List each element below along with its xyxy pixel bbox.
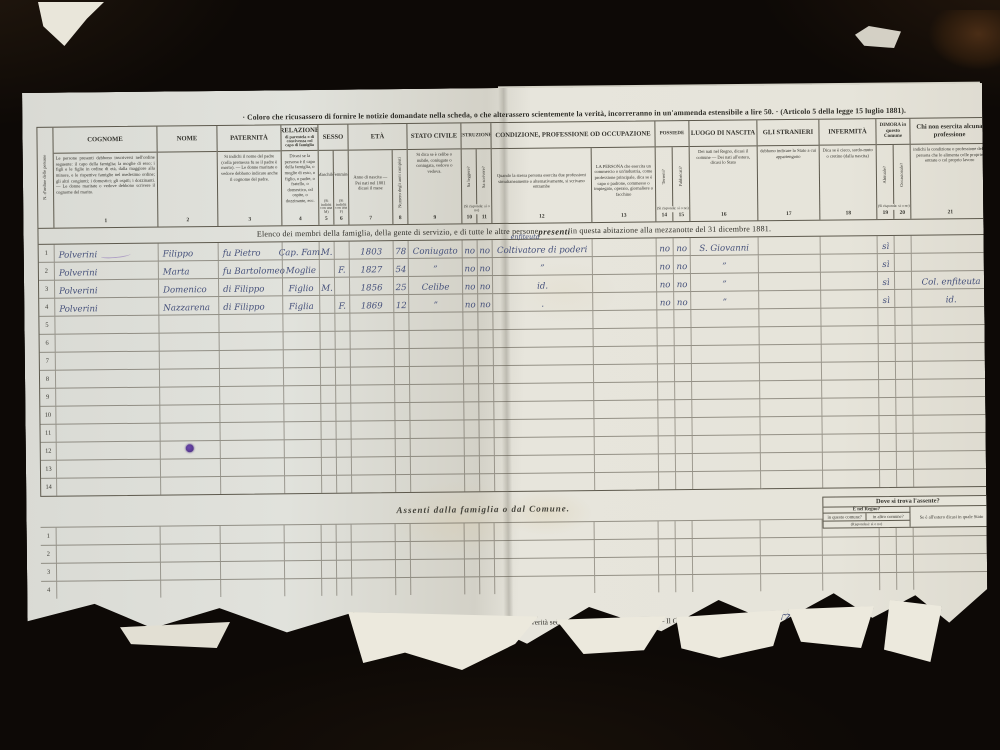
cell-occ [897, 573, 914, 590]
cell-f [337, 440, 352, 457]
cell-scr [479, 330, 494, 347]
cell-anni [396, 439, 411, 456]
cell-paternita [220, 422, 284, 440]
cell-prof2 [595, 454, 659, 472]
cell-nome [161, 544, 221, 562]
cell-inf [822, 398, 879, 416]
cell-fab [674, 310, 691, 327]
cell-relazione [285, 476, 322, 493]
cell-luogo: ” [691, 291, 759, 309]
cell-nome [160, 333, 220, 351]
cell-prof2 [595, 575, 659, 593]
cell-luogo [692, 381, 760, 399]
cell-anno [352, 542, 396, 559]
cell-stato [410, 384, 464, 402]
cell-cognome: Polverini [55, 244, 159, 262]
cell-luogo [692, 345, 760, 363]
cell-relazione [285, 458, 322, 475]
cell-prof2 [595, 557, 659, 575]
cell-ter [657, 310, 674, 327]
cell-fab [676, 557, 693, 574]
cell-relazione [284, 368, 321, 385]
cell-stato [411, 438, 465, 456]
cell-prof2 [593, 274, 657, 292]
cell-anni [395, 385, 410, 402]
cell-inf [821, 308, 878, 326]
row-number: 1 [41, 528, 57, 545]
cell-ter: no [657, 256, 674, 273]
cell-leg: no [463, 276, 478, 293]
cell-occ [896, 344, 913, 361]
cell-leg [464, 420, 479, 437]
cell-luogo [693, 556, 761, 574]
cell-m [322, 579, 337, 596]
cell-paternita [221, 458, 285, 476]
cell-f [336, 422, 351, 439]
cell-anno [352, 560, 396, 577]
cell-ter: no [657, 292, 674, 309]
cell-cognome [56, 370, 160, 388]
cell-inf [823, 434, 880, 452]
cell-m [320, 260, 335, 277]
row-number: 6 [40, 335, 56, 352]
cell-ter: no [657, 274, 674, 291]
cell-relazione: Figlio [283, 278, 320, 295]
cell-stran [759, 255, 821, 273]
cell-relazione [284, 332, 321, 349]
cell-stran [761, 453, 823, 471]
cell-scr [479, 384, 494, 401]
cell-f [336, 368, 351, 385]
cell-chinon [912, 235, 990, 253]
cell-anno [352, 439, 396, 456]
cell-stran [760, 327, 822, 345]
cell-prof [494, 383, 594, 401]
cell-relazione [285, 440, 322, 457]
cell-inf [822, 416, 879, 434]
cell-scr [480, 559, 495, 576]
cell-occ [895, 236, 912, 253]
cell-nome [160, 387, 220, 405]
cell-fab [675, 328, 692, 345]
cell-prof [495, 455, 595, 473]
cell-m: M. [320, 242, 335, 259]
cell-anno: 1869 [350, 295, 394, 312]
cell-leg [465, 523, 480, 540]
cell-leg [464, 402, 479, 419]
cell-prof: id. [493, 275, 593, 293]
cell-stato: Coniugato [409, 240, 463, 258]
assenti-table: 1234 [41, 517, 993, 599]
cell-cognome [56, 406, 160, 424]
cell-prof2 [594, 364, 658, 382]
ink-blot [186, 444, 194, 452]
cell-m [322, 561, 337, 578]
cell-scr [478, 312, 493, 329]
cell-paternita [220, 368, 284, 386]
cell-m [321, 368, 336, 385]
cell-luogo [691, 309, 759, 327]
cell-luogo [692, 327, 760, 345]
cell-occ [895, 254, 912, 271]
cell-prof2 [594, 418, 658, 436]
cell-relazione: Moglie [283, 260, 320, 277]
cell-chinon: id. [912, 289, 990, 307]
cell-abit [878, 308, 895, 325]
cell-stran [761, 471, 823, 489]
cell-anni [394, 313, 409, 330]
col-stranieri-header: GLI STRANIERI debbono indicare lo Stato … [757, 120, 820, 221]
cell-prof2 [594, 382, 658, 400]
cell-luogo [693, 435, 761, 453]
cell-chinon [913, 325, 991, 343]
cell-anni [395, 403, 410, 420]
cell-cognome [57, 581, 161, 599]
cell-ter [659, 557, 676, 574]
cell-anni [396, 560, 411, 577]
cell-inf [821, 290, 878, 308]
cell-m [320, 296, 335, 313]
cell-f [337, 476, 352, 493]
cell-fab: no [674, 274, 691, 291]
cell-stato [410, 420, 464, 438]
cell-stran [761, 556, 823, 574]
col-istruzione-header: ISTRUZIONE Sa leggere? Sa scrivere? (Si … [461, 123, 492, 223]
cell-prof2 [595, 436, 659, 454]
cell-f [335, 314, 350, 331]
cell-ter [659, 454, 676, 471]
cell-occ [896, 380, 913, 397]
cell-anno [352, 578, 396, 595]
census-sheet-page: · Coloro che ricusassero di fornire le n… [22, 83, 988, 649]
cell-f [336, 404, 351, 421]
cell-nome [161, 562, 221, 580]
cell-stran [761, 520, 823, 538]
cell-relazione [284, 404, 321, 421]
cell-stran [759, 237, 821, 255]
cell-paternita: fu Bartolomeo [219, 260, 283, 278]
cell-nome [160, 351, 220, 369]
cell-luogo [692, 417, 760, 435]
col-luogo-nascita-header: LUOGO DI NASCITA Dei nati nel Regno, dic… [689, 120, 758, 221]
cell-occ [897, 434, 914, 451]
cell-stran [759, 309, 821, 327]
cell-anno [351, 421, 395, 438]
cell-anni: 78 [394, 241, 409, 258]
cell-prof2 [594, 346, 658, 364]
cell-prof2 [594, 400, 658, 418]
cell-stran [760, 381, 822, 399]
cell-abit: sì [878, 236, 895, 253]
cell-inf [821, 272, 878, 290]
cell-cognome [57, 545, 161, 563]
cell-relazione [285, 561, 322, 578]
cell-chinon [912, 253, 990, 271]
row-number: 13 [41, 461, 57, 478]
cell-occ [895, 290, 912, 307]
cell-f [335, 278, 350, 295]
superscript-note: enfiteuta [511, 234, 540, 241]
cell-luogo [693, 574, 761, 592]
cell-paternita [220, 386, 284, 404]
cell-nome [161, 459, 221, 477]
cell-paternita: fu Pietro [219, 242, 283, 260]
cell-stran [760, 399, 822, 417]
cell-cognome [57, 527, 161, 545]
col-eta-header: ETÀ Anno di nascita — Pei nati nel 1881 … [348, 124, 408, 225]
cell-leg: no [463, 258, 478, 275]
cell-anni: 25 [394, 277, 409, 294]
cell-inf [823, 555, 880, 573]
cell-leg [465, 577, 480, 594]
cell-m [321, 386, 336, 403]
cell-paternita: di Filippo [219, 278, 283, 296]
cell-anni [395, 349, 410, 366]
cell-nome [160, 423, 220, 441]
cell-m [320, 314, 335, 331]
row-number: 11 [41, 425, 57, 442]
table-header: N. d'ordine delle persone COGNOME Le per… [37, 118, 989, 229]
cell-leg [464, 366, 479, 383]
cell-leg [465, 456, 480, 473]
cell-ter [658, 346, 675, 363]
cell-ter [659, 521, 676, 538]
cell-stato [410, 366, 464, 384]
cell-leg [463, 312, 478, 329]
cell-stran [760, 345, 822, 363]
cell-f: F. [335, 260, 350, 277]
cell-anni [396, 475, 411, 492]
cell-f [336, 350, 351, 367]
cell-inf [822, 380, 879, 398]
cell-anno [351, 349, 395, 366]
cell-occ [897, 452, 914, 469]
cell-chinon: Col. enfiteuta [912, 271, 990, 289]
cell-scr: no [478, 276, 493, 293]
cell-chinon [914, 572, 992, 590]
cell-prof: enfiteutaColtivatore di poderi [493, 239, 593, 257]
cell-stran [761, 435, 823, 453]
cell-anno: 1827 [350, 259, 394, 276]
assenti-table-rows: 1234 [41, 518, 993, 599]
cell-f: F. [335, 296, 350, 313]
row-number: 1 [39, 245, 55, 262]
cell-luogo: S. Giovanni [691, 237, 759, 255]
col-paternita-header: PATERNITÀ Si indichi il nome del padre (… [217, 125, 282, 226]
cell-anni [396, 542, 411, 559]
cell-relazione: Cap. Fam. [283, 242, 320, 259]
cell-stran [759, 291, 821, 309]
cell-relazione [284, 422, 321, 439]
cell-abit [880, 452, 897, 469]
cell-prof2 [595, 539, 659, 557]
cell-prof [495, 522, 595, 540]
cell-cognome [57, 424, 161, 442]
cell-cognome [56, 352, 160, 370]
cell-stato [411, 559, 465, 577]
cell-prof [493, 311, 593, 329]
cell-leg [465, 474, 480, 491]
cell-anno: 1856 [350, 277, 394, 294]
cell-cognome [57, 460, 161, 478]
cell-stran [760, 363, 822, 381]
cell-scr [479, 366, 494, 383]
cell-stran [760, 417, 822, 435]
cell-abit: sì [878, 254, 895, 271]
cell-anno [350, 313, 394, 330]
cell-anni [396, 524, 411, 541]
row-number: 4 [41, 582, 57, 599]
cell-paternita [221, 476, 285, 494]
cell-occ [897, 537, 914, 554]
cell-stato [411, 456, 465, 474]
cell-prof [494, 365, 594, 383]
col-sesso-header: SESSO Maschile (Si indichi con una M) 5 … [318, 125, 349, 225]
cell-chinon [914, 469, 992, 487]
cell-luogo [693, 471, 761, 489]
cell-fab [676, 539, 693, 556]
cell-abit [879, 416, 896, 433]
cell-chinon [912, 307, 990, 325]
cell-stato [410, 402, 464, 420]
cell-m: M. [320, 278, 335, 295]
cell-cognome [55, 316, 159, 334]
col-chi-non-esercita-header: Chi non esercita alcuna professione indi… [910, 118, 989, 219]
cell-anni: 12 [394, 295, 409, 312]
cell-luogo [692, 363, 760, 381]
cell-inf [822, 344, 879, 362]
cell-fab [676, 454, 693, 471]
cell-scr [480, 456, 495, 473]
cell-stato: ” [409, 294, 463, 312]
cell-cognome [57, 563, 161, 581]
cell-paternita [221, 543, 285, 561]
cell-inf [821, 254, 878, 272]
cell-nome [161, 526, 221, 544]
col-cognome-header: COGNOME Le persone presenti debbono insc… [53, 127, 158, 228]
cell-inf [823, 573, 880, 591]
cell-abit [880, 434, 897, 451]
cell-abit [880, 573, 897, 590]
presenti-table: N. d'ordine delle persone COGNOME Le per… [36, 117, 993, 497]
cell-anno [352, 457, 396, 474]
cell-abit [880, 537, 897, 554]
cell-m [322, 440, 337, 457]
cell-fab [675, 418, 692, 435]
cell-ter [659, 472, 676, 489]
cell-prof2 [595, 521, 659, 539]
row-number: 8 [40, 371, 56, 388]
cell-ter [658, 418, 675, 435]
cell-abit [879, 326, 896, 343]
row-number: 14 [41, 479, 57, 496]
cell-prof [495, 558, 595, 576]
cell-stato: ” [409, 258, 463, 276]
cell-prof [495, 576, 595, 594]
cell-cognome [57, 442, 161, 460]
cell-paternita [221, 561, 285, 579]
cell-leg: no [463, 294, 478, 311]
cell-abit: sì [878, 272, 895, 289]
cell-f [336, 386, 351, 403]
cell-fab [676, 521, 693, 538]
cell-occ [897, 470, 914, 487]
ink-annotation [101, 251, 131, 259]
cell-ter: no [657, 238, 674, 255]
cell-occ [896, 398, 913, 415]
cell-prof2 [593, 238, 657, 256]
cell-prof2 [595, 472, 659, 490]
cell-m [322, 458, 337, 475]
row-number: 9 [40, 389, 56, 406]
cell-ter [658, 364, 675, 381]
cell-abit [879, 344, 896, 361]
cell-scr [479, 402, 494, 419]
cell-prof [494, 401, 594, 419]
cell-f [337, 525, 352, 542]
cell-f [337, 543, 352, 560]
cell-fab [675, 364, 692, 381]
cell-cognome: Polverini [55, 280, 159, 298]
cell-scr [480, 577, 495, 594]
cell-prof [495, 540, 595, 558]
cell-stato [411, 474, 465, 492]
cell-stato [411, 541, 465, 559]
cell-nome: Filippo [159, 243, 219, 261]
cell-fab [676, 575, 693, 592]
cell-luogo [692, 399, 760, 417]
cell-m [321, 422, 336, 439]
cell-chinon [913, 379, 991, 397]
cell-inf [823, 470, 880, 488]
cell-f [337, 579, 352, 596]
cell-nome [159, 315, 219, 333]
cell-luogo [693, 453, 761, 471]
col-nome-header: NOME 2 [157, 126, 218, 227]
assenti-section-title: Assenti dalla famiglia o dal Comune. [396, 503, 570, 515]
cell-nome [160, 369, 220, 387]
cell-relazione [284, 386, 321, 403]
cell-chinon [913, 415, 991, 433]
cell-stato: Celibe [409, 276, 463, 294]
cell-fab [676, 436, 693, 453]
cell-chinon [913, 343, 991, 361]
cell-luogo: ” [691, 273, 759, 291]
cell-nome: Domenico [159, 279, 219, 297]
cell-anno: 1803 [350, 241, 394, 258]
cell-prof2 [593, 256, 657, 274]
cell-nome [160, 405, 220, 423]
cell-chinon [913, 361, 991, 379]
cell-cognome: Polverini [55, 298, 159, 316]
row-number: 10 [40, 407, 56, 424]
cell-fab [675, 382, 692, 399]
cell-leg [465, 559, 480, 576]
cell-prof [494, 329, 594, 347]
col-infermita-header: INFERMITÀ Dica se è cieco, sordo-muto o … [819, 119, 877, 220]
cell-inf [823, 452, 880, 470]
cell-leg [465, 541, 480, 558]
absent-location-box: Dove si trova l'assente? È nel Regno? in… [822, 495, 993, 529]
cell-ter [659, 575, 676, 592]
cell-paternita [221, 440, 285, 458]
cell-scr [479, 348, 494, 365]
col-condizione-header: CONDIZIONE, PROFESSIONE OD OCCUPAZIONE Q… [491, 121, 656, 223]
cell-anni: 54 [394, 259, 409, 276]
cell-abit [879, 380, 896, 397]
cell-anno [351, 367, 395, 384]
cell-fab: no [674, 292, 691, 309]
